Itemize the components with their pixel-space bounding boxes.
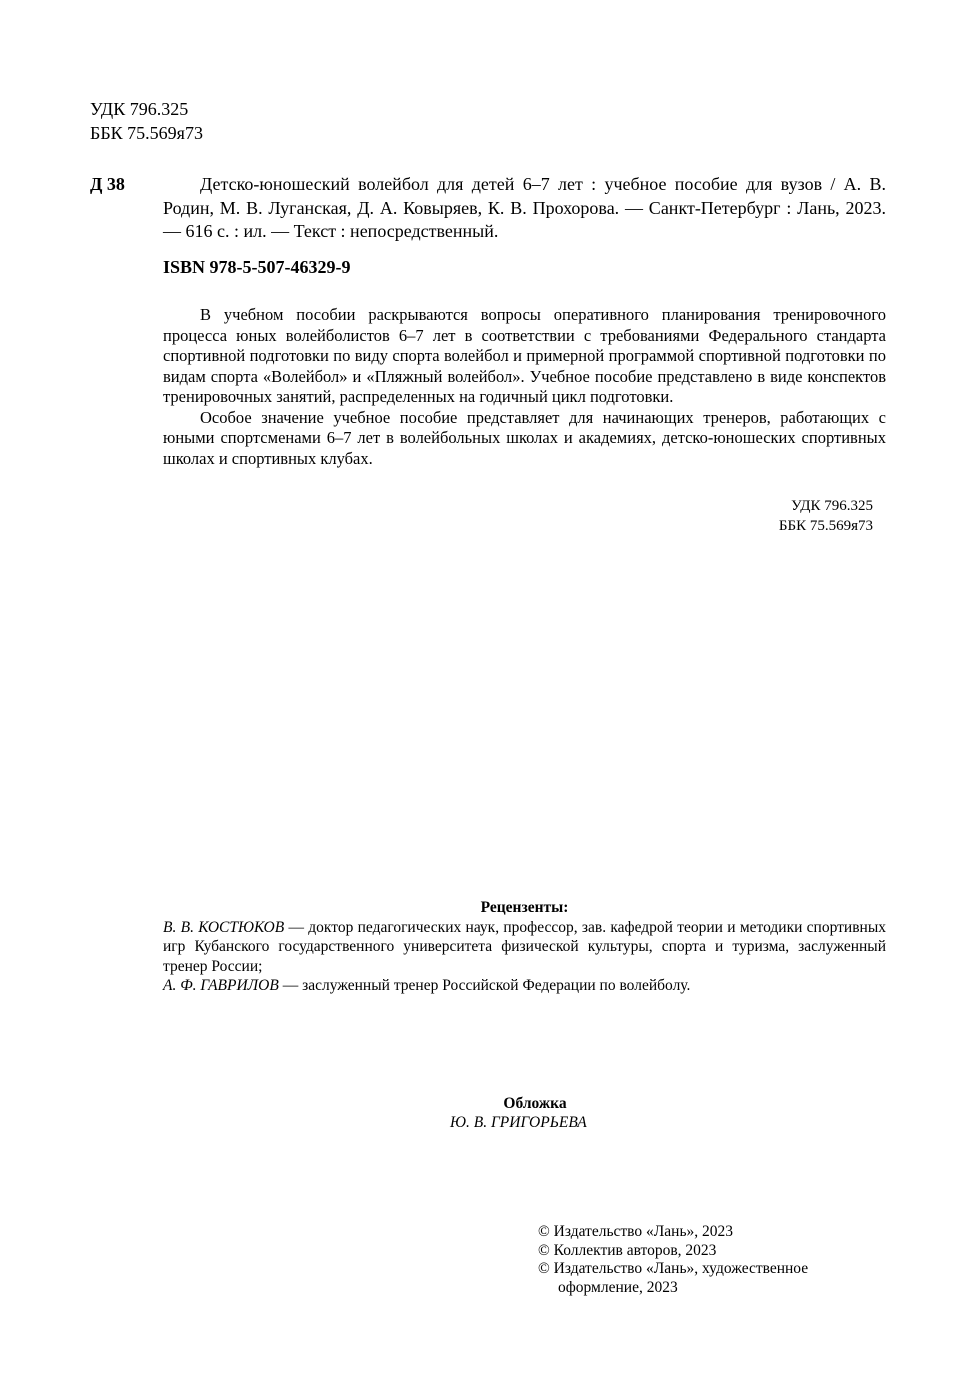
cover-designer: Ю. В. ГРИГОРЬЕВА bbox=[450, 1113, 630, 1132]
annotation-paragraph: Особое значение учебное пособие представ… bbox=[163, 408, 886, 470]
copyright-line: оформление, 2023 bbox=[538, 1279, 808, 1298]
bbk-code: ББК 75.569я73 bbox=[90, 121, 203, 145]
reviewers-heading: Рецензенты: bbox=[163, 898, 886, 918]
classification-top: УДК 796.325 ББК 75.569я73 bbox=[90, 97, 203, 145]
copyright-line: © Коллектив авторов, 2023 bbox=[538, 1242, 808, 1261]
cover-heading: Обложка bbox=[420, 1094, 630, 1113]
author-mark: Д 38 bbox=[90, 173, 125, 196]
reviewer-entry: В. В. КОСТЮКОВ — доктор педагогических н… bbox=[163, 918, 886, 977]
reviewer-name: А. Ф. ГАВРИЛОВ bbox=[163, 977, 279, 994]
copyright-block: © Издательство «Лань», 2023 © Коллектив … bbox=[538, 1223, 808, 1297]
reviewer-entry: А. Ф. ГАВРИЛОВ — заслуженный тренер Росс… bbox=[163, 976, 886, 996]
classification-bottom: УДК 796.325 ББК 75.569я73 bbox=[700, 496, 873, 536]
bbk-code: ББК 75.569я73 bbox=[700, 516, 873, 536]
copyright-line: © Издательство «Лань», 2023 bbox=[538, 1223, 808, 1242]
udk-code: УДК 796.325 bbox=[700, 496, 873, 516]
reviewer-description: — заслуженный тренер Российской Федераци… bbox=[279, 977, 691, 994]
annotation-paragraph: В учебном пособии раскрываются вопросы о… bbox=[163, 305, 886, 408]
cover-credit: Обложка Ю. В. ГРИГОРЬЕВА bbox=[420, 1094, 630, 1132]
reviewer-name: В. В. КОСТЮКОВ bbox=[163, 919, 284, 936]
copyright-line: © Издательство «Лань», художественное bbox=[538, 1260, 808, 1279]
isbn: ISBN 978-5-507-46329-9 bbox=[163, 257, 351, 278]
reviewers-section: Рецензенты: В. В. КОСТЮКОВ — доктор педа… bbox=[163, 898, 886, 996]
bibliographic-record: Детско-юношеский волейбол для детей 6–7 … bbox=[163, 173, 886, 244]
annotation: В учебном пособии раскрываются вопросы о… bbox=[163, 305, 886, 469]
udk-code: УДК 796.325 bbox=[90, 97, 203, 121]
